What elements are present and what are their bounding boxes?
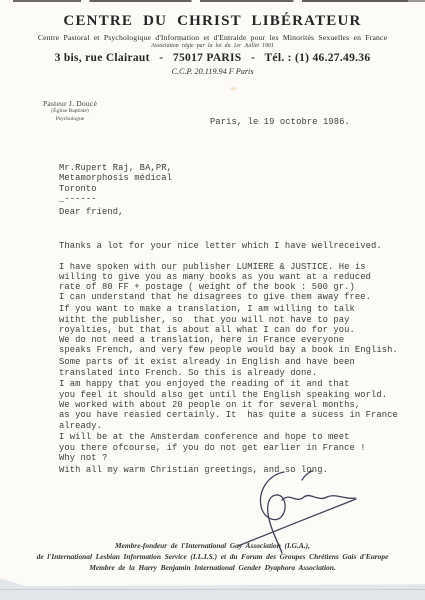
scan-edge-artifact <box>0 0 425 2</box>
sender-block: Pasteur J. Doucé (Église Baptiste) Psych… <box>28 99 112 123</box>
sender-name: Pasteur J. Doucé <box>28 99 112 108</box>
body-paragraph: Some parts of it exist already in Englis… <box>59 357 404 378</box>
sender-church: (Église Baptiste) <box>28 108 112 116</box>
letterhead-subtitle: Centre Pastoral et Psychologique d'Infor… <box>0 33 425 42</box>
letterhead-association-line: Association régie par la loi du 1er Juil… <box>0 43 425 49</box>
scan-background-strip <box>0 589 425 600</box>
footer-memberships: Membre-fondeur de l'International Gay As… <box>0 540 425 573</box>
recipient-block: Mr.Rupert Raj, BA,PR, Metamorphosis médi… <box>59 163 172 204</box>
salutation: Dear friend, <box>59 207 404 217</box>
footer-line-iga: Membre-fondeur de l'International Gay As… <box>0 540 425 551</box>
body-paragraph: Thanks a lot for your nice letter which … <box>59 241 404 251</box>
letterhead-ccp-line: C.C.P. 20.119.94 F Paris <box>0 67 425 76</box>
footer-line-hbigda: Membre de la Harry Benjamin Internationa… <box>0 562 425 573</box>
sender-profession: Psychologue <box>28 116 112 124</box>
letterhead-address-line: 3 bis, rue Clairaut - 75017 PARIS - Tél.… <box>0 52 425 64</box>
body-paragraph: I will be at the Amsterdam conference an… <box>59 432 404 463</box>
letter-page: CENTRE DU CHRIST LIBÉRATEUR Centre Pasto… <box>0 0 425 589</box>
body-paragraph: I am happy that you enjoyed the reading … <box>59 379 404 430</box>
footer-line-ilis: de l'International Lesbian Information S… <box>0 551 425 562</box>
body-paragraph: I have spoken with our publisher LUMIERE… <box>59 262 404 303</box>
body-paragraph: If you want to make a translation, I am … <box>59 304 404 355</box>
date-line: Paris, le 19 octobre 1986. <box>210 117 350 127</box>
paper-stain-speck <box>230 87 237 90</box>
letter-body: Dear friend, Thanks a lot for your nice … <box>59 207 404 475</box>
letterhead-title: CENTRE DU CHRIST LIBÉRATEUR <box>0 13 425 30</box>
